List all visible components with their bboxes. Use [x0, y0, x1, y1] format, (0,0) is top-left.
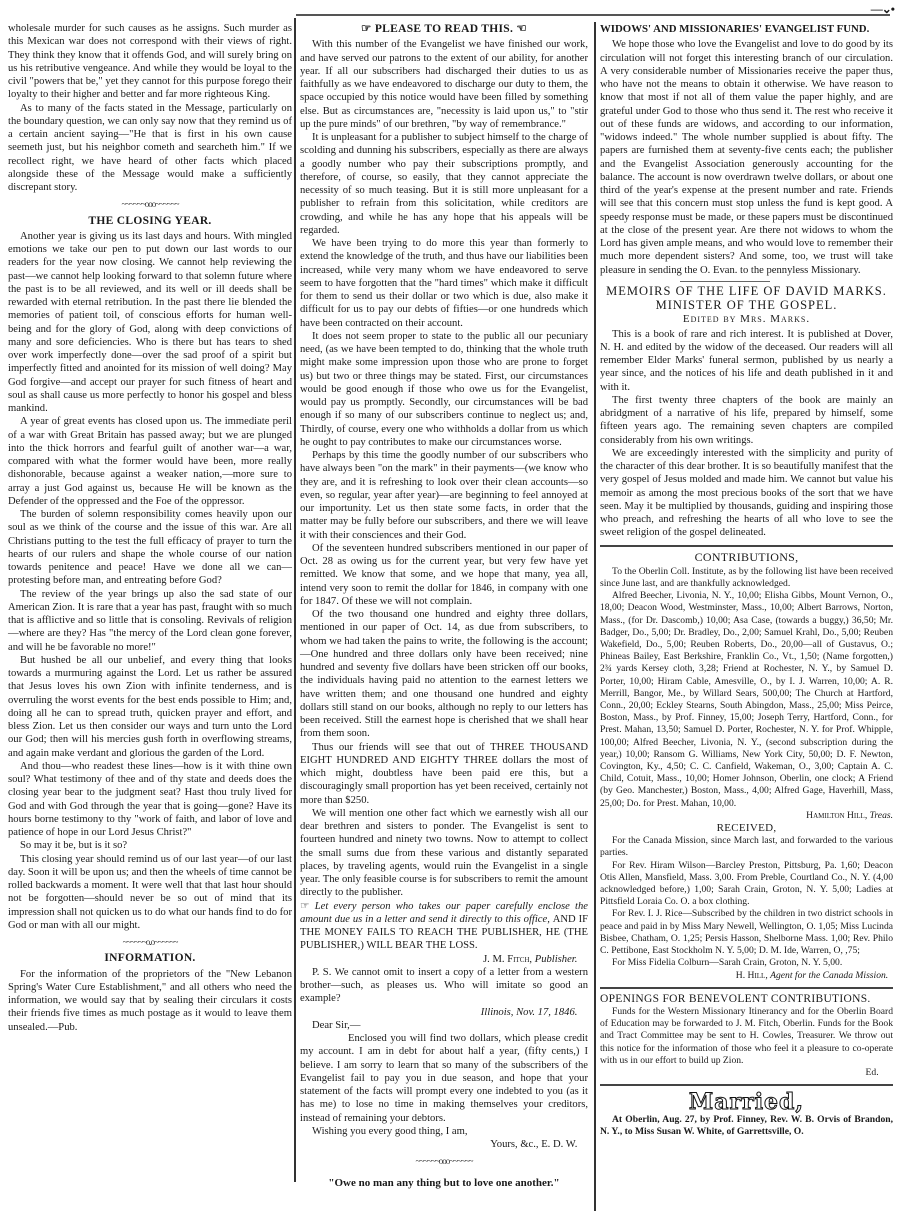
article-continuation-p1: wholesale murder for such causes as he a…	[8, 22, 292, 102]
memoirs-title-line2: MINISTER OF THE GOSPEL.	[600, 299, 893, 312]
publisher-name: J. M. Fitch,	[483, 954, 532, 965]
letter-salutation: Dear Sir,—	[300, 1019, 588, 1032]
ornament-divider: ~~~~~~ooo~~~~~~	[8, 198, 292, 211]
please-read-title: PLEASE TO READ THIS.	[375, 23, 513, 35]
top-rule	[296, 14, 890, 16]
contributions-list: Alfred Beecher, Livonia, N. Y., 10,00; E…	[600, 590, 893, 810]
publisher-signature: J. M. Fitch, Publisher.	[300, 953, 588, 966]
please-read-p2: It is unpleasant for a publisher to subj…	[300, 131, 588, 237]
section-rule-3	[600, 1084, 893, 1086]
widows-fund-text: We hope those who love the Evangelist an…	[600, 38, 893, 277]
contributions-title: CONTRIBUTIONS,	[600, 551, 893, 564]
column-divider-2	[594, 22, 596, 1211]
column-3: WIDOWS' AND MISSIONARIES' EVANGELIST FUN…	[600, 20, 893, 1139]
closing-year-p8: This closing year should remind us of ou…	[8, 853, 292, 933]
please-read-p8: Thus our friends will see that out of TH…	[300, 741, 588, 807]
married-text: At Oberlin, Aug. 27, by Prof. Finney, Re…	[600, 1114, 893, 1138]
please-read-p9: We will mention one other fact which we …	[300, 807, 588, 900]
please-read-p7: Of the two thousand one hundred and eigh…	[300, 608, 588, 741]
column-divider-1	[294, 18, 296, 1182]
please-read-p6: Of the seventeen hundred subscribers men…	[300, 542, 588, 608]
column-1: wholesale murder for such causes as he a…	[8, 22, 292, 1034]
please-read-p1: With this number of the Evangelist we ha…	[300, 38, 588, 131]
column-2: ☞ PLEASE TO READ THIS. ☜ With this numbe…	[300, 20, 588, 1190]
motto-quote: "Owe no man any thing but to love one an…	[300, 1177, 588, 1190]
openings-text: Funds for the Western Missionary Itinera…	[600, 1006, 893, 1067]
article-continuation-p2: As to many of the facts stated in the Me…	[8, 102, 292, 195]
closing-year-p3: The burden of solemn responsibility come…	[8, 508, 292, 588]
married-heading: Married,	[600, 1090, 893, 1114]
received-p2: For Rev. I. J. Rice—Subscribed by the ch…	[600, 908, 893, 957]
please-read-heading: ☞ PLEASE TO READ THIS. ☜	[300, 23, 588, 36]
section-rule-2	[600, 987, 893, 989]
pointing-hand-right-icon: ☞	[361, 23, 372, 36]
please-read-p3: We have been trying to do more this year…	[300, 237, 588, 330]
section-divider	[680, 281, 770, 282]
received-intro: For the Canada Mission, since March last…	[600, 835, 893, 859]
publisher-role: Publisher.	[535, 954, 578, 965]
contributions-intro: To the Oberlin Coll. Institute, as by th…	[600, 566, 893, 590]
closing-year-p4: The review of the year brings up also th…	[8, 588, 292, 654]
widows-fund-title: WIDOWS' AND MISSIONARIES' EVANGELIST FUN…	[600, 23, 893, 36]
ornament-divider-2: ~~~~~~o.o~~~~~~	[8, 936, 292, 949]
section-rule	[600, 545, 893, 547]
please-read-p5: Perhaps by this time the goodly number o…	[300, 449, 588, 542]
agent-signature: H. Hill, Agent for the Canada Mission.	[600, 970, 893, 982]
memoirs-p2: The first twenty three chapters of the b…	[600, 394, 893, 447]
letter-body: Enclosed you will find two dollars, whic…	[300, 1032, 588, 1125]
remittance-notice: ☞ Let every person who takes our paper c…	[300, 900, 588, 953]
memoirs-p1: This is a book of rare and rich interest…	[600, 328, 893, 394]
closing-year-p6: And thou—who readest these lines—how is …	[8, 760, 292, 840]
letter-signoff: Yours, &c., E. D. W.	[300, 1138, 588, 1151]
letter-closing: Wishing you every good thing, I am,	[300, 1125, 588, 1138]
closing-year-p5: But hushed be all our unbelief, and ever…	[8, 654, 292, 760]
postscript: P. S. We cannot omit to insert a copy of…	[300, 966, 588, 1006]
please-read-p4: It does not seem proper to state to the …	[300, 330, 588, 449]
received-p3: For Miss Fidelia Colburn—Sarah Crain, Gr…	[600, 957, 893, 969]
letter-dateline: Illinois, Nov. 17, 1846.	[300, 1006, 588, 1019]
closing-year-p2: A year of great events has closed upon u…	[8, 415, 292, 508]
received-p1: For Rev. Hiram Wilson—Barcley Preston, P…	[600, 860, 893, 909]
information-title: INFORMATION.	[8, 952, 292, 965]
remittance-notice-italic: Let every person who takes our paper car…	[300, 901, 588, 925]
closing-year-p1: Another year is giving us its last days …	[8, 230, 292, 416]
treasurer-signature: Hamilton Hill, Treas.	[600, 810, 893, 822]
closing-year-p7: So may it be, but is it so?	[8, 839, 292, 852]
pointing-hand-left-icon: ☜	[516, 23, 527, 36]
ornament-divider-3: ~~~~~~ooo~~~~~~	[300, 1155, 588, 1168]
memoirs-p3: We are exceedingly interested with the s…	[600, 447, 893, 540]
newspaper-page: —⌄• wholesale murder for such causes as …	[0, 0, 900, 1211]
memoirs-editor: Edited by Mrs. Marks.	[600, 313, 893, 326]
information-text: For the information of the proprietors o…	[8, 968, 292, 1034]
openings-signature: Ed.	[600, 1067, 893, 1079]
received-title: RECEIVED,	[600, 822, 893, 835]
pointing-hand-icon: ☞	[300, 900, 310, 913]
memoirs-title-line1: MEMOIRS OF THE LIFE OF DAVID MARKS.	[600, 285, 893, 298]
closing-year-title: THE CLOSING YEAR.	[8, 215, 292, 228]
openings-title: OPENINGS FOR BENEVOLENT CONTRIBUTIONS.	[600, 993, 893, 1006]
